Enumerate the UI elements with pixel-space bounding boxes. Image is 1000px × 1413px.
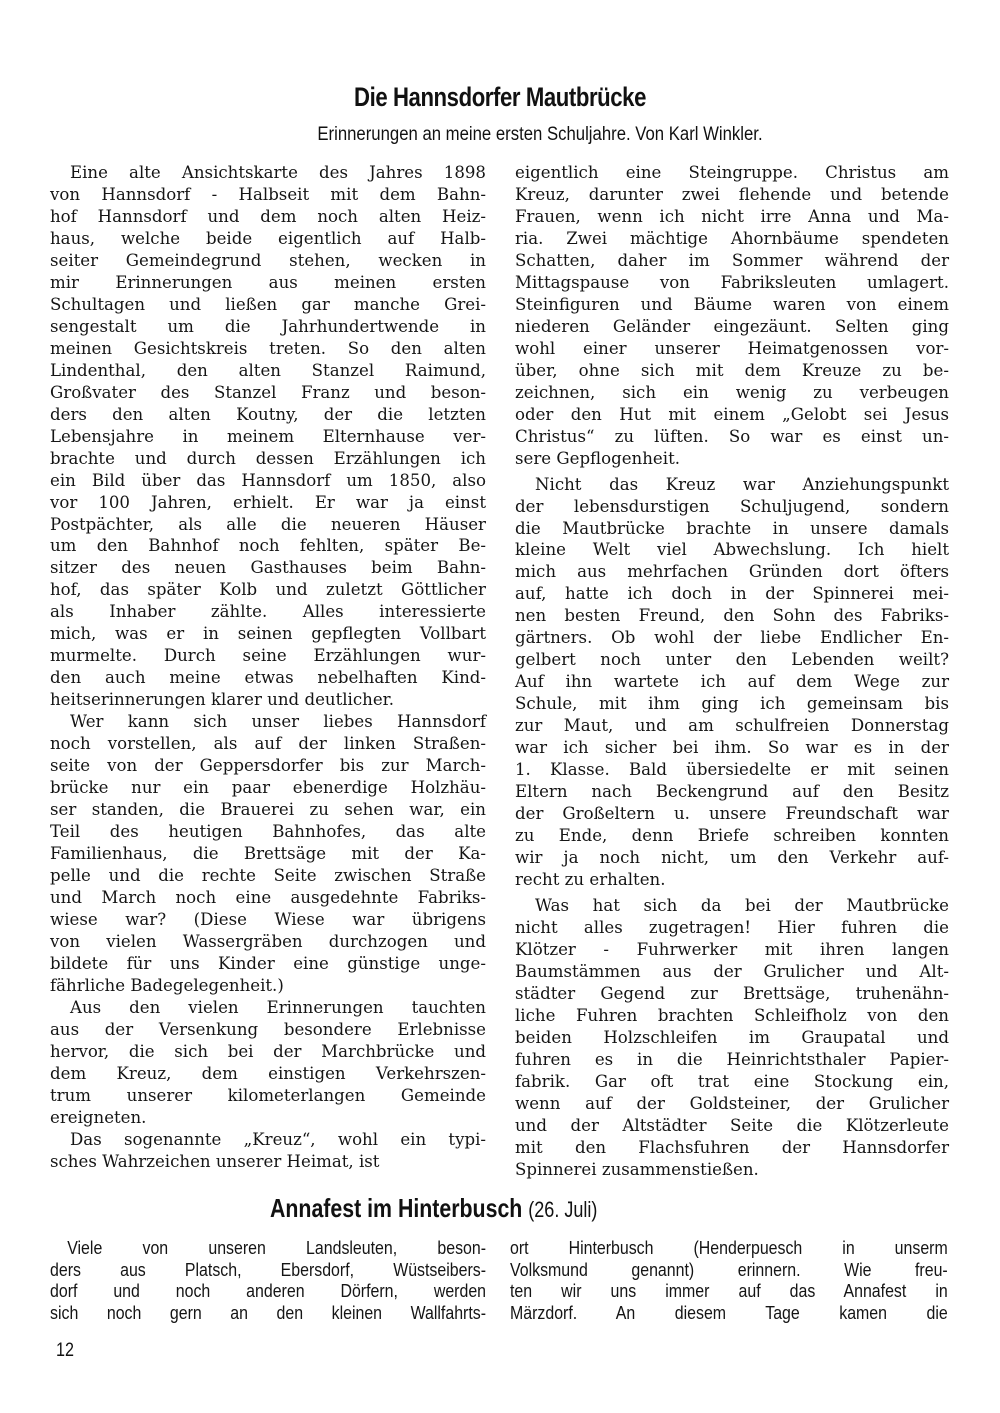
text-line: zu Ende, denn Briefe schreiben konnten: [515, 825, 949, 847]
text-line: niederen Geländer eingezäunt. Selten gin…: [515, 316, 949, 338]
second-article-heading: Annafest im Hinterbusch: [270, 1193, 522, 1223]
text-line: seite von der Geppersdorfer bis zur Marc…: [50, 755, 486, 777]
text-line: Märzdorf. An diesem Tage kamen die: [510, 1302, 948, 1324]
text-line: Eine alte Ansichtskarte des Jahres 1898: [50, 162, 486, 184]
text-line: um den Bahnhof noch fehlten, später Be-: [50, 535, 486, 557]
text-line: ort Hinterbusch (Henderpuesch in unserm: [510, 1237, 948, 1259]
text-line: Steinfiguren und Bäume waren von einem: [515, 294, 949, 316]
text-line: sitzer des neuen Gasthauses beim Bahn-: [50, 557, 486, 579]
text-line: Postpächter, als alle die neueren Häuser: [50, 514, 486, 536]
text-line: pelle und die rechte Seite zwischen Stra…: [50, 865, 486, 887]
text-line: wenn auf der Goldsteiner, der Grulicher: [515, 1093, 949, 1115]
text-line: brachte und durch dessen Erzählungen ich: [50, 448, 486, 470]
text-line: mich aus mehrfachen Gründen dort öfters: [515, 561, 949, 583]
text-line: und March noch eine ausgedehnte Fabriks-: [50, 887, 486, 909]
text-line: wir ja noch nicht, um den Verkehr auf-: [515, 847, 949, 869]
text-line: ders aus Platsch, Ebersdorf, Wüstseibers…: [50, 1259, 486, 1281]
text-line: ders den alten Koutny, der die letzten: [50, 404, 486, 426]
text-line: trum unserer kilometerlangen Gemeinde: [50, 1085, 486, 1107]
text-line: mit den Flachsfuhren der Hannsdorfer: [515, 1137, 949, 1159]
article-title: Die Hannsdorfer Mautbrücke: [90, 82, 910, 113]
text-line: von Hannsdorf - Halbseit mit dem Bahn-: [50, 184, 486, 206]
text-line: fabrik. Gar oft trat eine Stockung ein,: [515, 1071, 949, 1093]
text-line: Christus“ zu lüften. So war es einst un-: [515, 426, 949, 448]
text-line: hervor, die sich bei der Marchbrücke und: [50, 1041, 486, 1063]
text-line: vor 100 Jahren, erhielt. Er war ja einst: [50, 492, 486, 514]
text-line: heitserinnerungen klarer und deutlicher.: [50, 689, 486, 711]
second-article-column-right: ort Hinterbusch (Henderpuesch in unsermV…: [510, 1237, 948, 1323]
text-line: als Inhaber zählte. Alles interessierte: [50, 601, 486, 623]
text-line: mir Erinnerungen aus meinen ersten: [50, 272, 486, 294]
text-line: sere Gepflogenheit.: [515, 448, 949, 470]
text-line: Nicht das Kreuz war Anziehungspunkt: [515, 474, 949, 496]
text-line: hof Hannsdorf und dem noch alten Heiz-: [50, 206, 486, 228]
text-line: Baumstämmen aus der Grulicher und Alt-: [515, 961, 949, 983]
text-line: zur Maut, und am schulfreien Donnerstag: [515, 715, 949, 737]
text-line: wiese war? (Diese Wiese war übrigens: [50, 909, 486, 931]
text-line: dem Kreuz, dem einstigen Verkehrszen-: [50, 1063, 486, 1085]
article-column-right: eigentlich eine Steingruppe. Christus am…: [515, 162, 949, 1181]
article-subtitle: Erinnerungen an meine ersten Schuljahre.…: [100, 124, 980, 146]
text-line: ria. Zwei mächtige Ahornbäume spendeten: [515, 228, 949, 250]
text-line: Kreuz, darunter zwei flehende und betend…: [515, 184, 949, 206]
text-line: ereigneten.: [50, 1107, 486, 1129]
text-line: nicht alles zugetragen! Hier fuhren die: [515, 917, 949, 939]
text-line: Schule, mit ihm ging ich gemeinsam bis: [515, 693, 949, 715]
text-line: brücke nur ein paar ebenerdige Holzhäu-: [50, 777, 486, 799]
text-line: sches Wahrzeichen unserer Heimat, ist: [50, 1151, 486, 1173]
text-line: von vielen Wassergräben durchzogen und: [50, 931, 486, 953]
text-line: recht zu erhalten.: [515, 869, 949, 891]
text-line: Auf ihn wartete ich auf dem Wege zur: [515, 671, 949, 693]
text-line: zeichnen, sich ein wenig zu verbeugen: [515, 382, 949, 404]
text-line: ein Bild über das Hannsdorf um 1850, als…: [50, 470, 486, 492]
text-line: kleine Welt viel Abwechslung. Ich hielt: [515, 539, 949, 561]
second-article-title: Annafest im Hinterbusch (26. Juli): [270, 1193, 597, 1224]
text-line: meinen Gesichtskreis treten. So den alte…: [50, 338, 486, 360]
text-line: nen besten Freund, den Sohn des Fabriks-: [515, 605, 949, 627]
article-column-left: Eine alte Ansichtskarte des Jahres 1898v…: [50, 162, 486, 1173]
text-line: bildete für uns Kinder eine günstige ung…: [50, 953, 486, 975]
text-line: noch vorstellen, als auf der linken Stra…: [50, 733, 486, 755]
text-line: Aus den vielen Erinnerungen tauchten: [50, 997, 486, 1019]
text-line: Lebensjahre in meinem Elternhause ver-: [50, 426, 486, 448]
text-line: fuhren es in die Heinrichtsthaler Papier…: [515, 1049, 949, 1071]
text-line: ser standen, die Brauerei zu sehen war, …: [50, 799, 486, 821]
text-line: oder den Hut mit einem „Gelobt sei Jesus: [515, 404, 949, 426]
text-line: seiter Gemeindegrund stehen, wecken in: [50, 250, 486, 272]
text-line: Viele von unseren Landsleuten, beson-: [50, 1237, 486, 1259]
text-line: Volksmund genannt) erinnern. Wie freu-: [510, 1259, 948, 1281]
text-line: Familienhaus, die Brettsäge mit der Ka-: [50, 843, 486, 865]
text-line: gärtners. Ob wohl der liebe Endlicher En…: [515, 627, 949, 649]
text-line: und der Altstädter Seite die Klötzerleut…: [515, 1115, 949, 1137]
text-line: auf, hatte ich doch in der Spinnerei mei…: [515, 583, 949, 605]
text-line: war ich sicher bei ihm. So war es in der: [515, 737, 949, 759]
text-line: Spinnerei zusammenstießen.: [515, 1159, 949, 1181]
text-line: der lebensdurstigen Schuljugend, sondern: [515, 496, 949, 518]
text-line: fährliche Badegelegenheit.): [50, 975, 486, 997]
text-line: beiden Holzschleifen im Graupatal und: [515, 1027, 949, 1049]
text-line: Klötzer - Fuhrwerker mit ihren langen: [515, 939, 949, 961]
text-line: der Großeltern u. unsere Freundschaft wa…: [515, 803, 949, 825]
text-line: über, ohne sich mit dem Kreuze zu be-: [515, 360, 949, 382]
text-line: Das sogenannte „Kreuz“, wohl ein typi-: [50, 1129, 486, 1151]
text-line: aus der Versenkung besondere Erlebnisse: [50, 1019, 486, 1041]
text-line: den auch meine etwas nebelhaften Kind-: [50, 667, 486, 689]
text-line: sengestalt um die Jahrhundertwende in: [50, 316, 486, 338]
text-line: sich noch gern an den kleinen Wallfahrts…: [50, 1302, 486, 1324]
text-line: die Mautbrücke brachte in unsere damals: [515, 518, 949, 540]
second-article-column-left: Viele von unseren Landsleuten, beson-der…: [50, 1237, 486, 1323]
text-line: hof, das später Kolb und zuletzt Göttlic…: [50, 579, 486, 601]
text-line: Schultagen und ließen gar manche Grei-: [50, 294, 486, 316]
page-number: 12: [56, 1340, 74, 1362]
text-line: Schatten, daher im Sommer während der: [515, 250, 949, 272]
text-line: mich, was er in seinen gepflegten Vollba…: [50, 623, 486, 645]
text-line: ten wir uns immer auf das Annafest in: [510, 1280, 948, 1302]
text-line: haus, welche beide eigentlich auf Halb-: [50, 228, 486, 250]
text-line: 1. Klasse. Bald übersiedelte er mit sein…: [515, 759, 949, 781]
text-line: murmelte. Durch seine Erzählungen wur-: [50, 645, 486, 667]
text-line: dorf und noch anderen Dörfern, werden: [50, 1280, 486, 1302]
text-line: eigentlich eine Steingruppe. Christus am: [515, 162, 949, 184]
text-line: gelbert noch unter den Lebenden weilt?: [515, 649, 949, 671]
text-line: Mittagspause von Fabriksleuten umlagert.: [515, 272, 949, 294]
text-line: Wer kann sich unser liebes Hannsdorf: [50, 711, 486, 733]
text-line: Teil des heutigen Bahnhofes, das alte: [50, 821, 486, 843]
text-line: Eltern nach Beckengrund auf den Besitz: [515, 781, 949, 803]
text-line: wohl einer unserer Heimatgenossen vor-: [515, 338, 949, 360]
text-line: Was hat sich da bei der Mautbrücke: [515, 895, 949, 917]
text-line: städter Gegend zur Brettsäge, truhenähn-: [515, 983, 949, 1005]
text-line: Lindenthal, den alten Stanzel Raimund,: [50, 360, 486, 382]
text-line: liche Fuhren brachten Schleifholz von de…: [515, 1005, 949, 1027]
second-article-date: (26. Juli): [528, 1197, 597, 1222]
text-line: Frauen, wenn ich nicht irre Anna und Ma-: [515, 206, 949, 228]
text-line: Großvater des Stanzel Franz und beson-: [50, 382, 486, 404]
